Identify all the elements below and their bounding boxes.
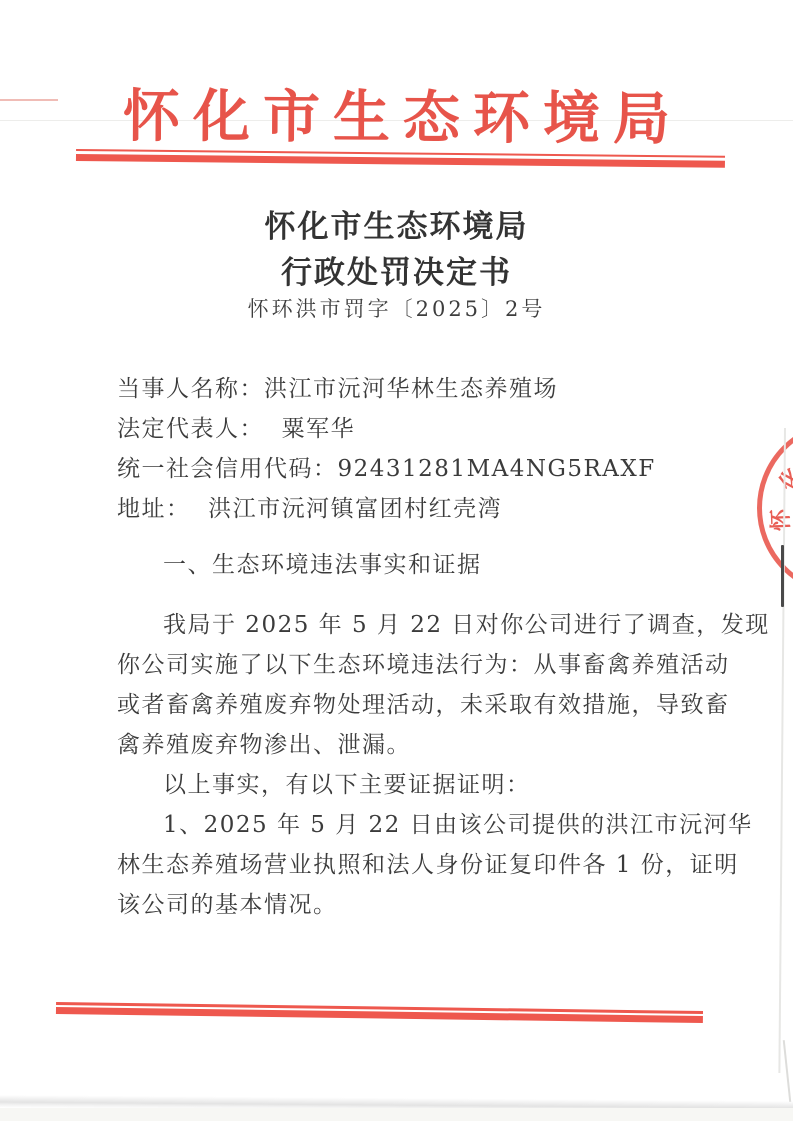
seal-character: 怀 <box>770 509 793 532</box>
body-line: 地址： 洪江市沅河镇富团村红壳湾 <box>117 489 697 529</box>
body-line: 法定代表人： 粟军华 <box>117 409 697 449</box>
document-body: 当事人名称：洪江市沅河华林生态养殖场法定代表人： 粟军华统一社会信用代码：924… <box>117 369 697 925</box>
scanned-document-page: 怀化市生态环境局 怀化市生态环境局 行政处罚决定书 怀环洪市罚字〔2025〕2号… <box>0 0 793 1121</box>
footer-double-rule <box>56 1002 703 1023</box>
body-line: 林生态养殖场营业执照和法人身份证复印件各 1 份，证明 <box>117 845 697 885</box>
body-line: 以上事实，有以下主要证据证明： <box>117 765 697 805</box>
official-red-seal: 怀 化 <box>757 420 793 596</box>
scan-artifact-corner-edge <box>783 1040 791 1102</box>
scan-background <box>0 1108 793 1121</box>
body-line: 统一社会信用代码：92431281MA4NG5RAXF <box>117 449 697 489</box>
body-line: 禽养殖废弃物渗出、泄漏。 <box>117 725 697 765</box>
body-line: 1、2025 年 5 月 22 日由该公司提供的洪江市沅河华 <box>117 805 697 845</box>
document-title-line2: 行政处罚决定书 <box>0 247 793 292</box>
body-line: 或者畜禽养殖废弃物处理活动，未采取有效措施，导致畜 <box>117 685 697 725</box>
body-line: 一、生态环境违法事实和证据 <box>117 545 697 585</box>
document-number: 怀环洪市罚字〔2025〕2号 <box>0 293 793 323</box>
document-title-line1: 怀化市生态环境局 <box>0 201 793 246</box>
scan-artifact-dark-segment <box>781 545 784 607</box>
body-line: 我局于 2025 年 5 月 22 日对你公司进行了调查，发现 <box>117 605 697 645</box>
body-line: 该公司的基本情况。 <box>117 885 697 925</box>
body-line: 当事人名称：洪江市沅河华林生态养殖场 <box>117 369 697 409</box>
letterhead-org-name: 怀化市生态环境局 <box>0 70 793 156</box>
body-line: 你公司实施了以下生态环境违法行为：从事畜禽养殖活动 <box>117 645 697 685</box>
